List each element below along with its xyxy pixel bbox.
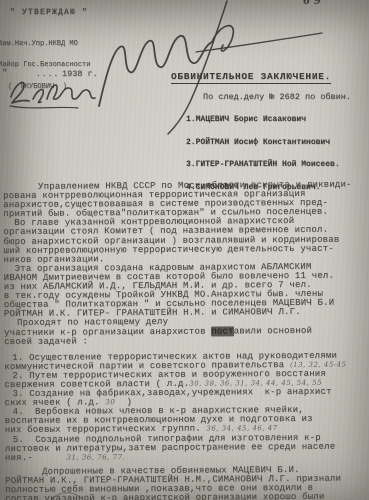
body-line: состав указанной к-р анархистской органи… [5, 493, 367, 500]
accused-item: 3.ГИТЕР-ГРАНАТШТЕЙН Ной Моисеев. [186, 161, 340, 169]
document-title: ОБВИНИТЕЛЬНОЕ ЗАКЛЮЧЕНИЕ. [171, 71, 331, 84]
approver-position-line: Зам.Нач.Упр.НКВД МО [0, 41, 90, 48]
pencil-sheet-refs: 31, 36, 76, 77. [67, 453, 126, 461]
pencil-sheet-refs: 36, 34, 45, 46, 47 [206, 425, 277, 433]
overstrike-correction: пост [211, 326, 233, 336]
accused-item: 1.МАЦЕВИЧ Борис Исаакович [186, 116, 340, 124]
scanned-document-page: " УТВЕРЖДАЮ " Зам.Нач.Упр.НКВД МО Майор … [0, 0, 369, 500]
date-dots: .... [36, 70, 59, 79]
date-open-quote: " [2, 68, 7, 78]
pencil-sheet-refs: (13, 32, 45-45 [290, 360, 347, 368]
approver-block: Зам.Нач.Упр.НКВД МО Майор Гос.Безопаснос… [0, 26, 90, 106]
body-text: авили основной [234, 325, 312, 336]
date-year: 1938 г. [62, 69, 98, 79]
accused-item: 2.РОЙТМАН Иосиф Константинович [186, 139, 340, 147]
body-text: ния.- [5, 452, 67, 462]
approve-stamp-label: " УТВЕРЖДАЮ " [10, 8, 88, 17]
approver-name-line: ( ЯКУБОВИЧ ) [0, 84, 90, 91]
body-text: участники к-р организации анархистов [4, 326, 211, 337]
pencil-sheet-refs: 30 [105, 398, 115, 406]
pencil-sheet-refs: 30, 38, 36, 31, 34, 44, 45, 54, 55 [189, 379, 322, 388]
body-line: своей задачей : [4, 335, 366, 347]
document-body: Управлением НКВД СССР по Моск.области вс… [3, 180, 367, 500]
task-item-line: ния.- 31, 36, 76, 77. [5, 451, 367, 463]
page-number-note: 69 [303, 0, 325, 7]
